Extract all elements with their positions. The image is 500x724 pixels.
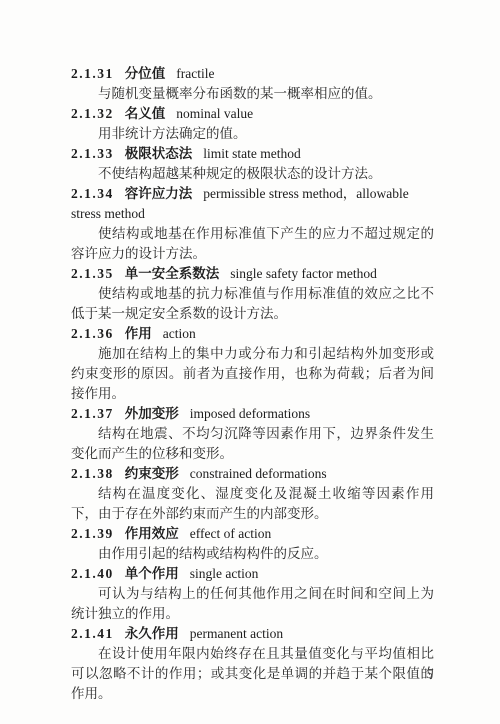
term-zh-label: 永久作用 <box>125 626 179 641</box>
term-entry: 2.1.35单一安全系数法single safety factor method… <box>71 264 434 324</box>
term-entry: 2.1.32名义值nominal value 用非统计方法确定的值。 <box>71 104 434 144</box>
term-definition: 用非统计方法确定的值。 <box>71 124 434 144</box>
term-definition: 结构在温度变化、湿度变化及混凝土收缩等因素作用下，由于存在外部约束而产生的内部变… <box>71 484 434 524</box>
term-zh-label: 极限状态法 <box>125 146 193 161</box>
term-en-label: permissible stress method，allowable stre… <box>71 186 409 221</box>
terminology-section: 2.1.31分位值fractile 与随机变量概率分布函数的某一概率相应的值。 … <box>71 64 434 704</box>
term-heading: 2.1.31分位值fractile <box>71 64 434 84</box>
page-number: 5 <box>427 666 434 682</box>
term-definition: 使结构或地基的抗力标准值与作用标准值的效应之比不低于某一规定安全系数的设计方法。 <box>71 284 434 324</box>
term-definition: 施加在结构上的集中力或分布力和引起结构外加变形或约束变形的原因。前者为直接作用，… <box>71 344 434 404</box>
term-entry: 2.1.37外加变形imposed deformations 结构在地震、不均匀… <box>71 404 434 464</box>
term-number: 2.1.40 <box>71 566 114 581</box>
term-en-label: nominal value <box>176 106 253 121</box>
term-zh-label: 容许应力法 <box>125 186 193 201</box>
term-definition: 在设计使用年限内始终存在且其量值变化与平均值相比可以忽略不计的作用；或其变化是单… <box>71 644 434 704</box>
term-zh-label: 作用效应 <box>125 526 179 541</box>
term-number: 2.1.34 <box>71 186 114 201</box>
term-entry: 2.1.38约束变形constrained deformations 结构在温度… <box>71 464 434 524</box>
term-heading: 2.1.35单一安全系数法single safety factor method <box>71 264 434 284</box>
term-zh-label: 外加变形 <box>125 406 179 421</box>
term-definition: 不使结构超越某种规定的极限状态的设计方法。 <box>71 164 434 184</box>
term-number: 2.1.41 <box>71 626 114 641</box>
term-en-label: constrained deformations <box>190 466 327 481</box>
term-heading: 2.1.38约束变形constrained deformations <box>71 464 434 484</box>
term-heading: 2.1.40单个作用single action <box>71 564 434 584</box>
term-number: 2.1.37 <box>71 406 114 421</box>
term-zh-label: 单一安全系数法 <box>125 266 220 281</box>
term-definition: 与随机变量概率分布函数的某一概率相应的值。 <box>71 84 434 104</box>
term-entry: 2.1.34容许应力法permissible stress method，all… <box>71 184 434 264</box>
term-number: 2.1.36 <box>71 326 114 341</box>
term-en-label: effect of action <box>190 526 271 541</box>
term-definition: 由作用引起的结构或结构构件的反应。 <box>71 544 434 564</box>
term-zh-label: 作用 <box>125 326 152 341</box>
term-definition: 可认为与结构上的任何其他作用之间在时间和空间上为统计独立的作用。 <box>71 584 434 624</box>
term-zh-label: 单个作用 <box>125 566 179 581</box>
term-entry: 2.1.33极限状态法limit state method 不使结构超越某种规定… <box>71 144 434 184</box>
term-entry: 2.1.36作用action 施加在结构上的集中力或分布力和引起结构外加变形或约… <box>71 324 434 404</box>
term-heading: 2.1.37外加变形imposed deformations <box>71 404 434 424</box>
term-heading: 2.1.36作用action <box>71 324 434 344</box>
term-heading: 2.1.39作用效应effect of action <box>71 524 434 544</box>
term-en-label: limit state method <box>203 146 301 161</box>
term-number: 2.1.38 <box>71 466 114 481</box>
term-heading: 2.1.32名义值nominal value <box>71 104 434 124</box>
term-heading: 2.1.33极限状态法limit state method <box>71 144 434 164</box>
term-entry: 2.1.39作用效应effect of action 由作用引起的结构或结构构件… <box>71 524 434 564</box>
term-heading: 2.1.41永久作用permanent action <box>71 624 434 644</box>
term-heading: 2.1.34容许应力法permissible stress method，all… <box>71 184 434 224</box>
term-definition: 结构在地震、不均匀沉降等因素作用下，边界条件发生变化而产生的位移和变形。 <box>71 424 434 464</box>
term-zh-label: 约束变形 <box>125 466 179 481</box>
term-number: 2.1.31 <box>71 66 114 81</box>
term-en-label: imposed deformations <box>190 406 310 421</box>
term-entry: 2.1.40单个作用single action 可认为与结构上的任何其他作用之间… <box>71 564 434 624</box>
term-en-label: permanent action <box>190 626 283 641</box>
term-definition: 使结构或地基在作用标准值下产生的应力不超过规定的容许应力的设计方法。 <box>71 224 434 264</box>
term-zh-label: 分位值 <box>125 66 166 81</box>
term-en-label: single action <box>190 566 259 581</box>
term-number: 2.1.32 <box>71 106 114 121</box>
term-zh-label: 名义值 <box>125 106 166 121</box>
term-number: 2.1.39 <box>71 526 114 541</box>
term-entry: 2.1.31分位值fractile 与随机变量概率分布函数的某一概率相应的值。 <box>71 64 434 104</box>
term-en-label: action <box>163 326 196 341</box>
term-entry: 2.1.41永久作用permanent action 在设计使用年限内始终存在且… <box>71 624 434 704</box>
term-number: 2.1.35 <box>71 266 114 281</box>
term-en-label: fractile <box>176 66 214 81</box>
term-number: 2.1.33 <box>71 146 114 161</box>
term-en-label: single safety factor method <box>230 266 377 281</box>
document-page: 2.1.31分位值fractile 与随机变量概率分布函数的某一概率相应的值。 … <box>0 0 500 724</box>
